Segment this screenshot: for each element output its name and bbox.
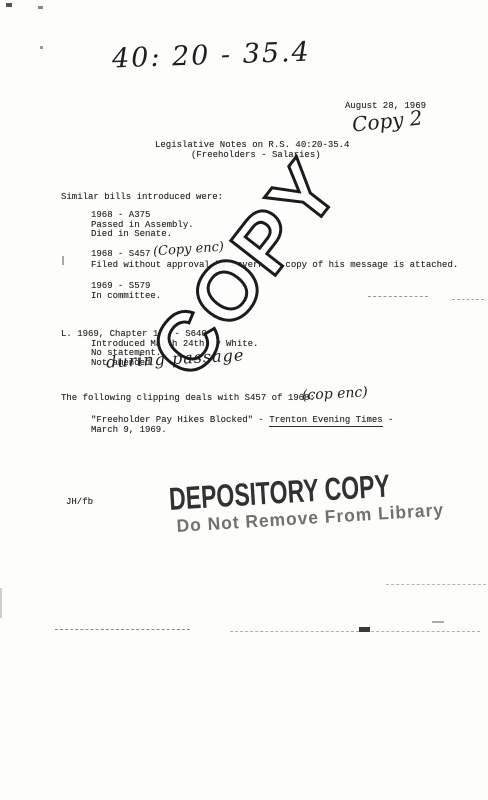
scan-scratch-line [55, 629, 190, 631]
scan-speck [40, 46, 43, 49]
scan-speck [38, 6, 43, 9]
scan-speck [432, 621, 444, 623]
scanned-document-page: 40: 20 - 35.4 August 28, 1969 Copy 2 Leg… [0, 0, 488, 800]
scan-scratch-line [386, 584, 486, 586]
handwritten-cop-enc-note: (cop enc) [302, 384, 368, 403]
typist-initials: JH/fb [66, 497, 93, 507]
scan-speck [0, 588, 2, 618]
scan-scratch-line [452, 299, 484, 301]
scan-speck [6, 3, 12, 7]
scan-scratch-line [230, 631, 480, 633]
scan-speck [359, 627, 370, 632]
